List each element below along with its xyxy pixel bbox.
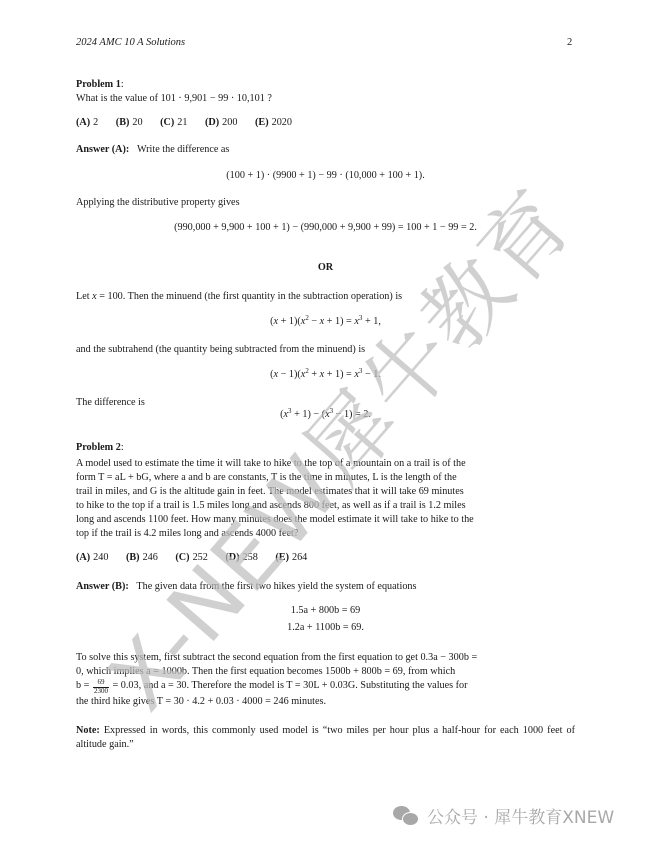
equation-1: (100 + 1) · (9900 + 1) − 99 · (10,000 + …: [76, 169, 575, 183]
distributive-text: Applying the distributive property gives: [76, 196, 575, 210]
solution-line: To solve this system, first subtract the…: [76, 651, 575, 665]
question-line: top if the trail is 4.2 miles long and a…: [76, 527, 575, 541]
note: Note: Expressed in words, this commonly …: [76, 724, 575, 752]
choice-b: (B)20: [116, 117, 143, 128]
equation-4: (x − 1)(x2 + x + 1) = x3 − 1.: [76, 368, 575, 382]
question-line: long and ascends 1100 feet. How many min…: [76, 513, 575, 527]
minuend-text: Let x = 100. Then the minuend (the first…: [76, 290, 575, 304]
problem2-choices: (A)240 (B)246 (C)252 (D)258 (E)264: [76, 552, 322, 563]
question-line: to hike to the top if a trail is 1.5 mil…: [76, 499, 575, 513]
choice-c: (C)252: [175, 552, 207, 563]
question-line: A model used to estimate the time it wil…: [76, 457, 575, 471]
choice-b: (B)246: [126, 552, 158, 563]
choice-c: (C)21: [160, 117, 187, 128]
problem2-title: Problem 2: [76, 442, 121, 453]
wechat-icon: [393, 806, 419, 826]
choice-d: (D)200: [205, 117, 237, 128]
or-separator: OR: [76, 261, 575, 275]
problem1-answer: Answer (A): Write the difference as: [76, 143, 575, 157]
equation-2: (990,000 + 9,900 + 100 + 1) − (990,000 +…: [76, 221, 575, 235]
solution-line: 0, which implies a = 1000b. Then the fir…: [76, 665, 575, 679]
note-label: Note:: [76, 725, 100, 736]
running-header-title: 2024 AMC 10 A Solutions: [76, 37, 185, 48]
system-equation-1: 1.5a + 800b = 69: [76, 604, 575, 618]
choice-a: (A)2: [76, 117, 98, 128]
choice-a: (A)240: [76, 552, 108, 563]
solution-line: b = 692300 = 0.03, and a = 30. Therefore…: [76, 679, 575, 696]
problem1-choices: (A)2 (B)20 (C)21 (D)200 (E)2020: [76, 117, 307, 128]
choice-e: (E)2020: [255, 117, 292, 128]
footer-watermark: 公众号 · 犀牛教育XNEW: [393, 803, 614, 828]
choice-d: (D)258: [225, 552, 257, 563]
problem2-solution: To solve this system, first subtract the…: [76, 651, 575, 709]
problem1-title: Problem 1: [76, 79, 121, 90]
problem1-question: What is the value of 101 · 9,901 − 99 · …: [76, 92, 575, 106]
choice-e: (E)264: [275, 552, 307, 563]
fraction: 692300: [93, 679, 109, 695]
subtrahend-text: and the subtrahend (the quantity being s…: [76, 343, 575, 357]
equation-3: (x + 1)(x2 − x + 1) = x3 + 1,: [76, 315, 575, 329]
answer-label: Answer (A):: [76, 144, 129, 155]
question-line: form T = aL + bG, where a and b are cons…: [76, 471, 575, 485]
problem1-heading: Problem 1:: [76, 78, 575, 92]
problem2-answer: Answer (B): The given data from the firs…: [76, 580, 575, 594]
question-line: trail in miles, and G is the altitude ga…: [76, 485, 575, 499]
solution-line: the third hike gives T = 30 · 4.2 + 0.03…: [76, 695, 575, 709]
system-equation-2: 1.2a + 1100b = 69.: [76, 621, 575, 635]
page-number: 2: [567, 37, 572, 48]
equation-5: (x3 + 1) − (x3 − 1) = 2.: [76, 408, 575, 422]
footer-watermark-text: 公众号 · 犀牛教育XNEW: [427, 803, 614, 828]
problem2-heading: Problem 2:: [76, 441, 575, 455]
problem2-question: A model used to estimate the time it wil…: [76, 457, 575, 540]
answer-label: Answer (B):: [76, 581, 129, 592]
